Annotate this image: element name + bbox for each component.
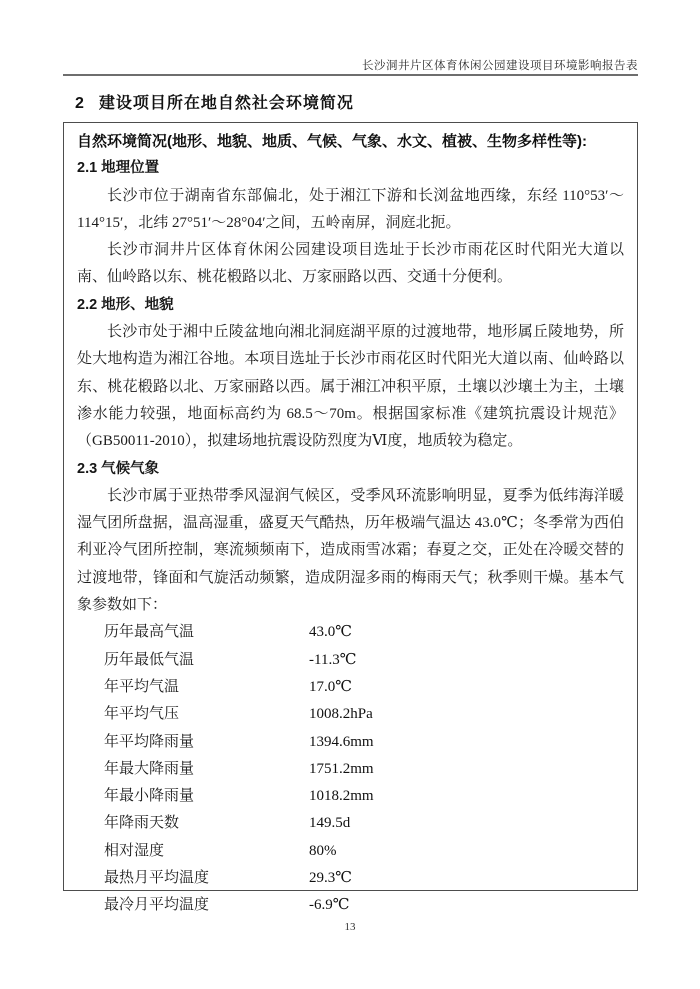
parameter-label: 年平均降雨量 bbox=[104, 729, 309, 756]
parameter-value: 1394.6mm bbox=[309, 729, 374, 756]
paragraph-climate-1: 长沙市属于亚热带季风湿润气候区，受季风环流影响明显，夏季为低纬海洋暖湿气团所盘据… bbox=[77, 483, 624, 619]
climate-parameter-row: 历年最高气温 43.0℃ bbox=[104, 619, 624, 646]
climate-parameter-row: 年最小降雨量 1018.2mm bbox=[104, 783, 624, 810]
parameter-label: 年最大降雨量 bbox=[104, 756, 309, 783]
running-header: 长沙洞井片区体育休闲公园建设项目环境影响报告表 bbox=[63, 57, 638, 73]
parameter-value: 29.3℃ bbox=[309, 865, 352, 892]
parameter-label: 年最小降雨量 bbox=[104, 783, 309, 810]
parameter-label: 历年最高气温 bbox=[104, 619, 309, 646]
parameter-value: -6.9℃ bbox=[309, 892, 350, 919]
paragraph-landform-1: 长沙市处于湘中丘陵盆地向湘北洞庭湖平原的过渡地带，地形属丘陵地势，所处大地构造为… bbox=[77, 319, 624, 455]
paragraph-geography-2: 长沙市洞井片区体育休闲公园建设项目选址于长沙市雨花区时代阳光大道以南、仙岭路以东… bbox=[77, 237, 624, 292]
parameter-value: -11.3℃ bbox=[309, 647, 356, 674]
parameter-value: 43.0℃ bbox=[309, 619, 352, 646]
subsection-heading-geography: 2.1 地理位置 bbox=[77, 155, 624, 182]
climate-parameter-row: 年最大降雨量 1751.2mm bbox=[104, 756, 624, 783]
parameter-label: 相对湿度 bbox=[104, 838, 309, 865]
chapter-title: 建设项目所在地自然社会环境简况 bbox=[99, 95, 354, 112]
parameter-label: 最热月平均温度 bbox=[104, 865, 309, 892]
climate-parameter-row: 历年最低气温 -11.3℃ bbox=[104, 647, 624, 674]
climate-parameter-row: 年降雨天数 149.5d bbox=[104, 810, 624, 837]
subsection-heading-climate: 2.3 气候气象 bbox=[77, 456, 624, 483]
parameter-value: 1751.2mm bbox=[309, 756, 374, 783]
climate-parameter-row: 最热月平均温度 29.3℃ bbox=[104, 865, 624, 892]
parameter-label: 年平均气温 bbox=[104, 674, 309, 701]
climate-parameter-row: 年平均气压 1008.2hPa bbox=[104, 701, 624, 728]
climate-parameter-row: 年平均降雨量 1394.6mm bbox=[104, 729, 624, 756]
parameter-label: 年平均气压 bbox=[104, 701, 309, 728]
document-page: 长沙洞井片区体育休闲公园建设项目环境影响报告表 2建设项目所在地自然社会环境简况… bbox=[0, 0, 700, 989]
subsection-heading-landform: 2.2 地形、地貌 bbox=[77, 292, 624, 319]
header-rule-divider bbox=[63, 74, 638, 76]
parameter-label: 历年最低气温 bbox=[104, 647, 309, 674]
climate-parameter-list: 历年最高气温 43.0℃ 历年最低气温 -11.3℃ 年平均气温 17.0℃ 年… bbox=[77, 619, 624, 919]
page-footer: 13 bbox=[0, 921, 700, 933]
parameter-value: 149.5d bbox=[309, 810, 350, 837]
parameter-value: 1018.2mm bbox=[309, 783, 374, 810]
chapter-number: 2 bbox=[75, 95, 84, 112]
climate-parameter-row: 年平均气温 17.0℃ bbox=[104, 674, 624, 701]
chapter-heading: 2建设项目所在地自然社会环境简况 bbox=[75, 90, 354, 113]
climate-parameter-row: 最冷月平均温度 -6.9℃ bbox=[104, 892, 624, 919]
natural-environment-box: 自然环境简况(地形、地貌、地质、气候、气象、水文、植被、生物多样性等): 2.1… bbox=[63, 122, 638, 891]
parameter-label: 年降雨天数 bbox=[104, 810, 309, 837]
running-header-title: 长沙洞井片区体育休闲公园建设项目环境影响报告表 bbox=[362, 60, 638, 72]
parameter-label: 最冷月平均温度 bbox=[104, 892, 309, 919]
parameter-value: 80% bbox=[309, 838, 337, 865]
box-title: 自然环境简况(地形、地貌、地质、气候、气象、水文、植被、生物多样性等): bbox=[77, 128, 624, 155]
parameter-value: 17.0℃ bbox=[309, 674, 352, 701]
parameter-value: 1008.2hPa bbox=[309, 701, 373, 728]
climate-parameter-row: 相对湿度 80% bbox=[104, 838, 624, 865]
page-number: 13 bbox=[345, 921, 356, 933]
paragraph-geography-1: 长沙市位于湖南省东部偏北，处于湘江下游和长浏盆地西缘，东经 110°53′～11… bbox=[77, 183, 624, 238]
